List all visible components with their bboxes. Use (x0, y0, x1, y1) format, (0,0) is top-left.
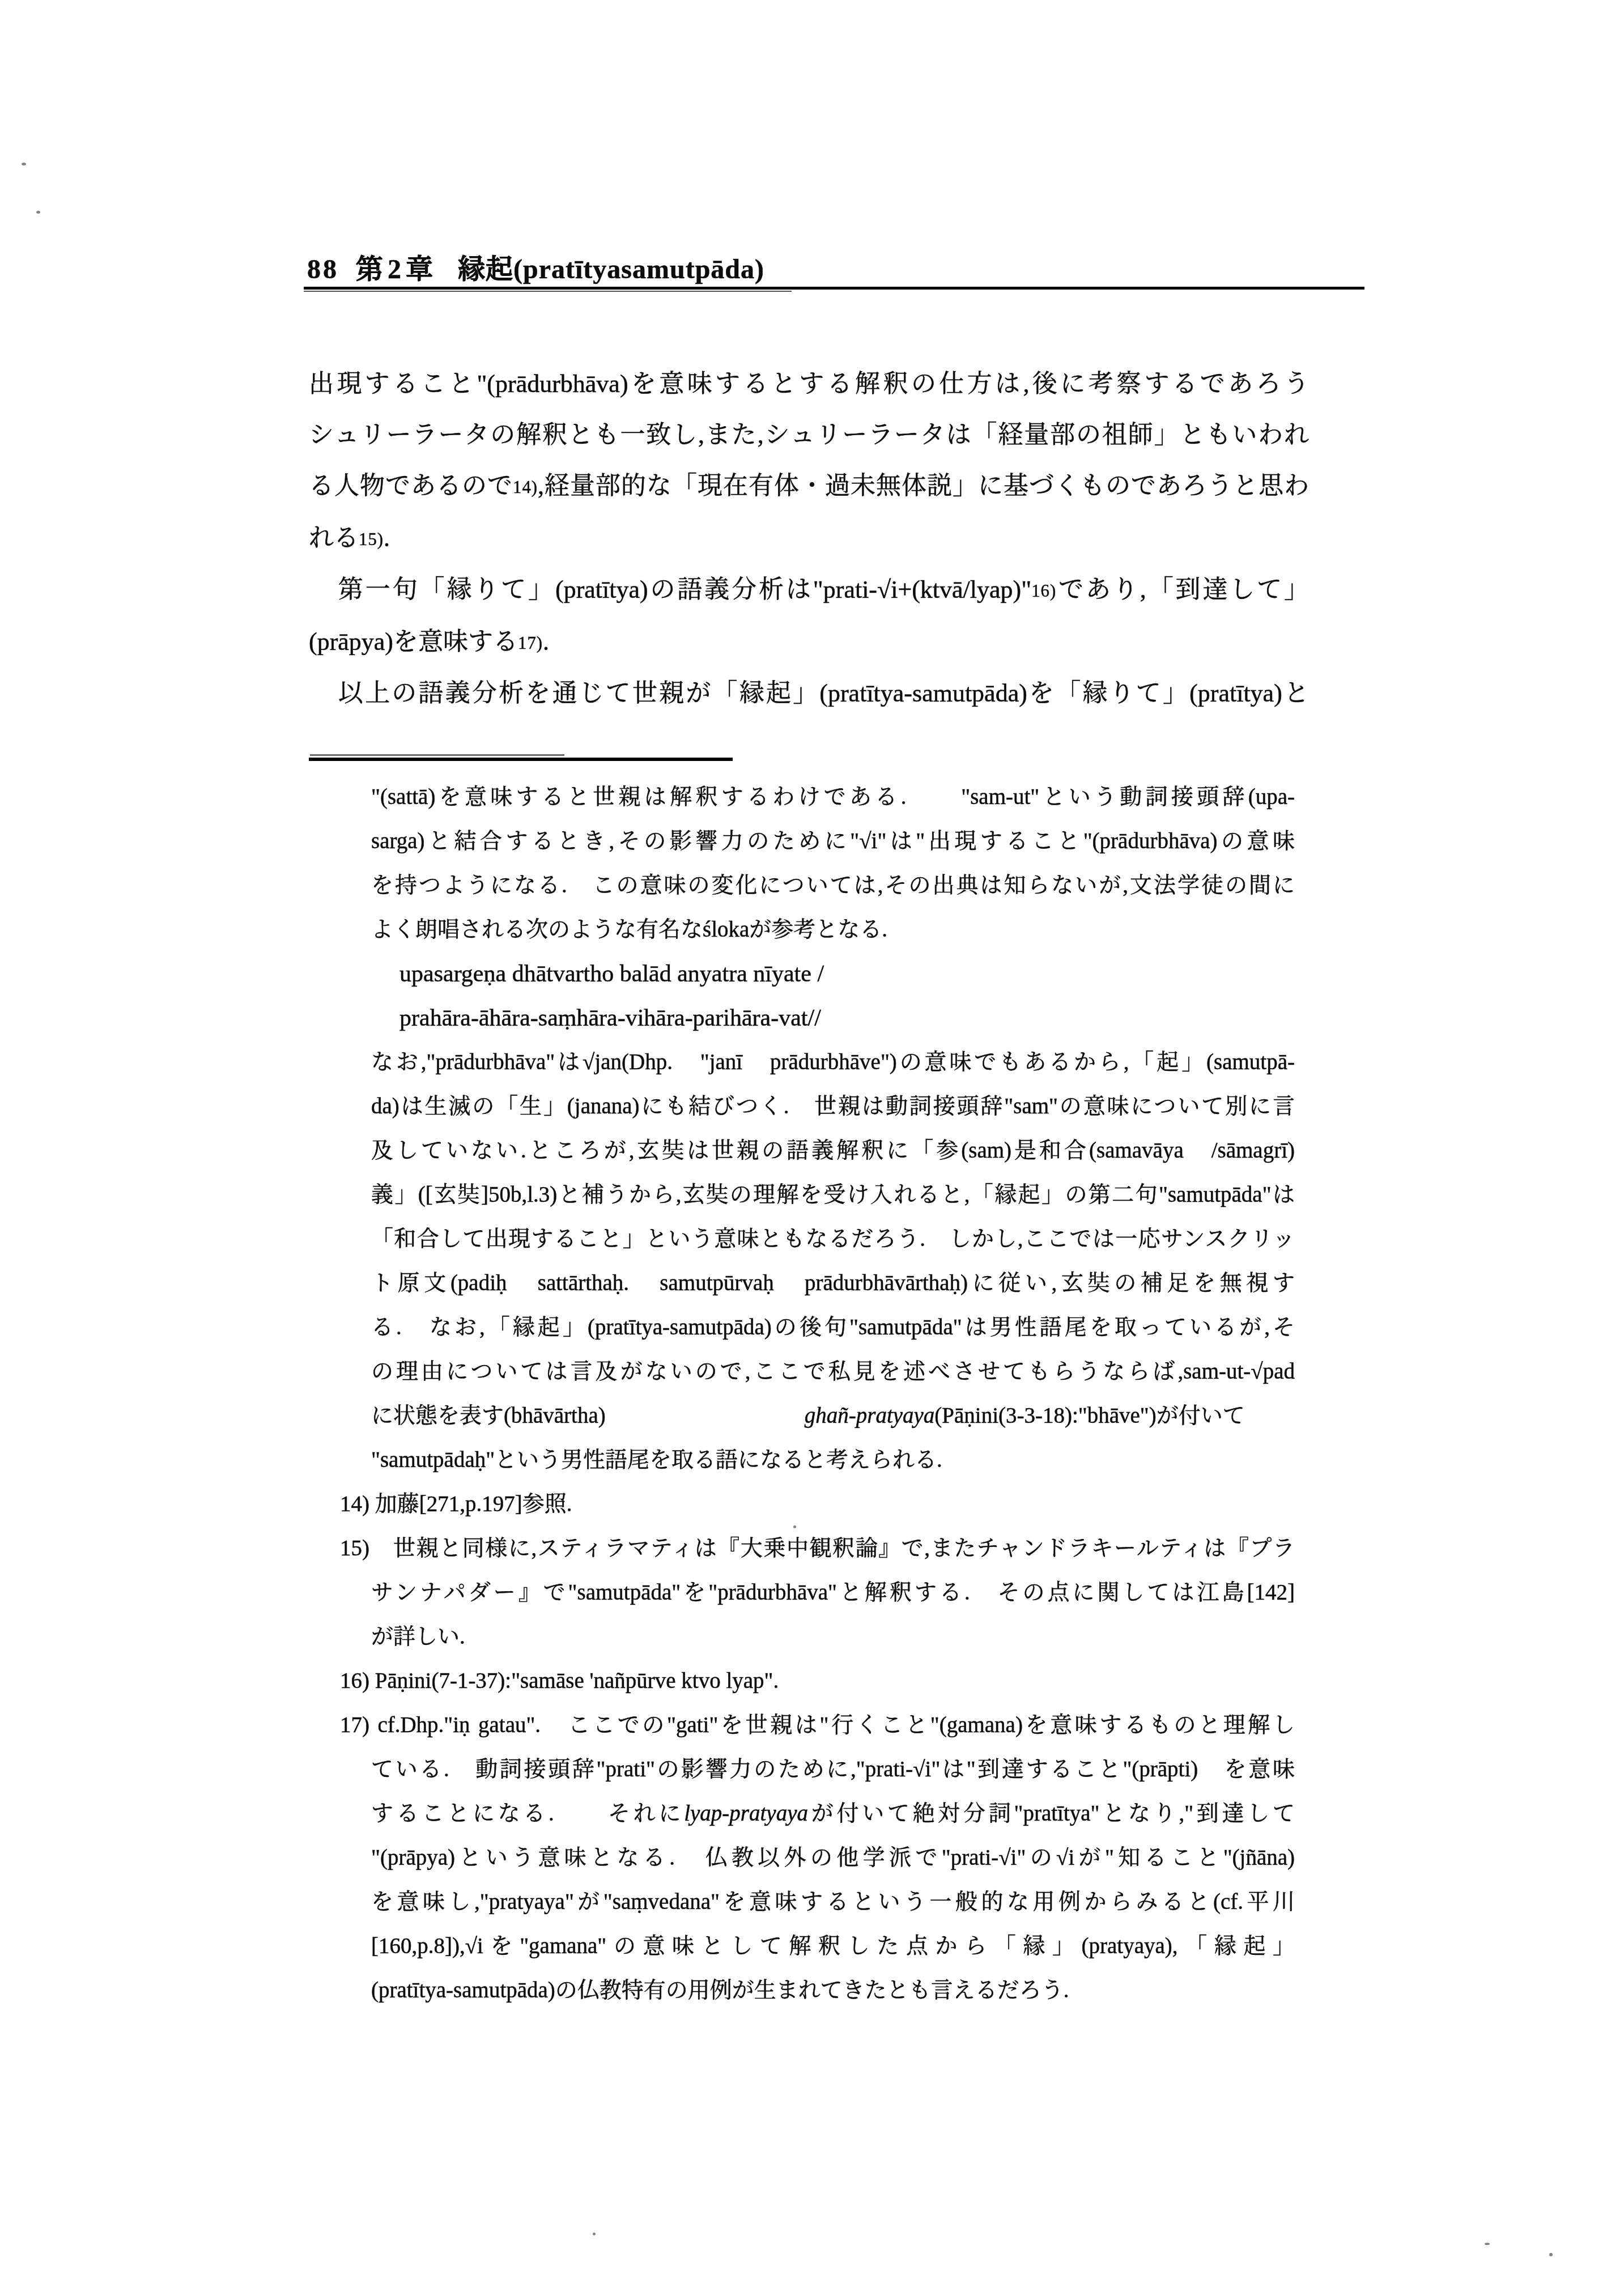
footnote-line: サンナパダー』で"samutpāda"を"prādurbhāva"と解釈する. … (371, 1571, 1295, 1615)
footnote-line: 義」([玄奘]50b,l.3)と補うから,玄奘の理解を受け入れると,「縁起」の第… (371, 1173, 1295, 1217)
footnote-line: に状態を表す(bhāvārtha) ghañ-pratyaya(Pāṇini(3… (371, 1394, 1295, 1438)
text-segment: 義」([玄奘]50b,l.3)と補うから,玄奘の理解を受け入れると,「縁起」の第… (371, 1183, 1295, 1207)
header-underline (304, 287, 1364, 290)
scan-speck (36, 211, 40, 214)
footnote-line: の理由については言及がないので,ここで私見を述べさせてもらうならば,sam-ut… (371, 1350, 1295, 1394)
footnote-line: "samutpādaḥ"という男性語尾を取る語になると考えられる. (371, 1438, 1295, 1482)
footnote-item: 15) 世親と同様に,スティラマティは『大乗中観釈論』で,またチャンドラキールテ… (340, 1527, 1295, 1571)
footnote-line: "(sattā)を意味すると世親は解釈するわけである. "sam-ut"という動… (371, 775, 1295, 819)
footnote-line: することになる. それにlyap-pratyayaが付いて絶対分詞"pratīt… (371, 1792, 1295, 1836)
text-segment: 17) cf.Dhp."iṇ gatau". ここでの"gati"を世親は"行く… (340, 1713, 1295, 1737)
footnote-line: よく朗唱される次のような有名なślokaが参考となる. (371, 908, 1295, 952)
text-segment: 16) Pāṇini(7-1-37):"samāse 'nañpūrve ktv… (340, 1669, 779, 1693)
body-line: シュリーラータの解釈とも一致し,また,シュリーラータは「経量部の祖師」ともいわれ (309, 410, 1309, 461)
text-segment: (pratītya-samutpāda)の仏教特有の用例が生まれてきたとも言える… (371, 1978, 1069, 2002)
footnote-ref: 17) (518, 633, 543, 652)
footnote-line: da)は生滅の「生」(janana)にも結びつく. 世親は動詞接頭辞"sam"の… (371, 1085, 1295, 1129)
text-segment: よく朗唱される次のような有名なślokaが参考となる. (371, 917, 887, 942)
scan-speck (793, 1525, 796, 1528)
text-segment: (Pāṇini(3-3-18):"bhāve")が付いて (934, 1404, 1244, 1428)
footnote-line: 「和合して出現すること」という意味ともなるだろう. しかし,ここでは一応サンスク… (371, 1217, 1295, 1261)
text-segment: することになる. それに (371, 1801, 684, 1826)
text-segment: "(prāpya)という意味となる. 仏教以外の他学派で"prati-√i"の√… (371, 1846, 1295, 1870)
body-line: れる15). (309, 513, 1309, 565)
text-segment: が詳しい. (371, 1625, 465, 1649)
text-segment: "samutpādaḥ"という男性語尾を取る語になると考えられる. (371, 1448, 942, 1472)
text-segment: upasargeṇa dhātvartho balād anyatra nīya… (399, 961, 824, 987)
text-segment: の理由については言及がないので,ここで私見を述べさせてもらうならば,sam-ut… (371, 1359, 1295, 1384)
scanned-book-page: 88第2章縁起(pratītyasamutpāda) 出現すること"(prādu… (0, 0, 1624, 2296)
body-text: 出現すること"(prādurbhāva)を意味するとする解釈の仕方は,後に考察す… (309, 359, 1309, 719)
footnote-line: [160,p.8]),√iを"gamana"の意味として解釈した点から「縁」(p… (371, 1924, 1295, 1968)
text-segment: (prāpya)を意味する (309, 628, 518, 656)
chapter-label: 第2章 (356, 254, 437, 284)
footnote-line: (pratītya-samutpāda)の仏教特有の用例が生まれてきたとも言える… (371, 1968, 1295, 2013)
footnote-line: sarga)と結合するとき,その影響力のために"√i"は"出現すること"(prā… (371, 819, 1295, 864)
text-segment: が付いて絶対分詞"pratītya"となり,"到達して (808, 1801, 1295, 1826)
footnote-ref: 15) (359, 529, 384, 549)
text-segment: 「和合して出現すること」という意味ともなるだろう. しかし,ここでは一応サンスク… (371, 1227, 1295, 1251)
text-segment: . (384, 524, 390, 552)
text-segment: 出現すること"(prādurbhāva)を意味するとする解釈の仕方は,後に考察す… (309, 370, 1309, 398)
footnote-line: ている. 動詞接頭辞"prati"の影響力のために,"prati-√i"は"到達… (371, 1747, 1295, 1792)
text-segment: . (543, 628, 549, 656)
text-segment: ト原文(padiḥ sattārthaḥ. samutpūrvaḥ prādur… (371, 1271, 1295, 1295)
sanskrit-verse-line: upasargeṇa dhātvartho balād anyatra nīya… (371, 952, 1295, 996)
text-segment: "(sattā)を意味すると世親は解釈するわけである. "sam-ut"という動… (371, 785, 1295, 809)
text-segment: を意味し,"pratyaya"が"saṃvedana"を意味するという一般的な用… (371, 1890, 1295, 1914)
scan-speck (1485, 2243, 1490, 2245)
scan-speck (593, 2233, 596, 2235)
text-segment: 以上の語義分析を通じて世親が「縁起」(pratītya-samutpāda)を「… (338, 679, 1309, 707)
text-segment: sarga)と結合するとき,その影響力のために"√i"は"出現すること"(prā… (371, 829, 1295, 853)
sanskrit-verse-line: prahāra-āhāra-saṃhāra-vihāra-parihāra-va… (371, 996, 1295, 1040)
text-segment: を持つようになる. この意味の変化については,その出典は知らないが,文法学徒の間… (371, 873, 1295, 898)
footnote-item: 16) Pāṇini(7-1-37):"samāse 'nañpūrve ktv… (340, 1659, 1295, 1703)
text-segment: 14) 加藤[271,p.197]参照. (340, 1492, 572, 1516)
body-line: 第一句「縁りて」(pratītya)の語義分析は"prati-√i+(ktvā/… (309, 564, 1309, 616)
footnote-line: を持つようになる. この意味の変化については,その出典は知らないが,文法学徒の間… (371, 864, 1295, 908)
footnote-line: を意味し,"pratyaya"が"saṃvedana"を意味するという一般的な用… (371, 1880, 1295, 1924)
body-line: 出現すること"(prādurbhāva)を意味するとする解釈の仕方は,後に考察す… (309, 359, 1309, 410)
text-segment: に状態を表す(bhāvārtha) (371, 1404, 805, 1428)
footnote-item: 14) 加藤[271,p.197]参照. (340, 1482, 1295, 1527)
text-segment: なお,"prādurbhāva"は√jan(Dhp. "janī prādurb… (371, 1050, 1295, 1074)
footnote-line: が詳しい. (371, 1615, 1295, 1659)
footnote-item: 17) cf.Dhp."iṇ gatau". ここでの"gati"を世親は"行く… (340, 1703, 1295, 1747)
text-segment: ,経量部的な「現在有体・過未無体説」に基づくものであろうと思わ (538, 472, 1309, 500)
text-segment: da)は生滅の「生」(janana)にも結びつく. 世親は動詞接頭辞"sam"の… (371, 1094, 1295, 1119)
footnote-line: ト原文(padiḥ sattārthaḥ. samutpūrvaḥ prādur… (371, 1261, 1295, 1306)
text-segment: ている. 動詞接頭辞"prati"の影響力のために,"prati-√i"は"到達… (371, 1757, 1295, 1781)
page-header: 88第2章縁起(pratītyasamutpāda) (307, 247, 1310, 286)
text-segment: であり,「到達して」 (1056, 576, 1309, 603)
text-segment: 及していない.ところが,玄奘は世親の語義解釈に「参(sam)是和合(samavā… (371, 1138, 1295, 1163)
footnote-ref: 16) (1031, 581, 1056, 601)
footnote-separator (309, 758, 733, 761)
scan-speck (22, 163, 26, 165)
text-segment: シュリーラータの解釈とも一致し,また,シュリーラータは「経量部の祖師」ともいわれ (309, 421, 1309, 449)
text-segment: prahāra-āhāra-saṃhāra-vihāra-parihāra-va… (399, 1005, 821, 1031)
text-segment: 第一句「縁りて」(pratītya)の語義分析は"prati-√i+(ktvā/… (338, 576, 1031, 603)
text-segment: る. なお,「縁起」(pratītya-samutpāda)の後句"samutp… (371, 1315, 1295, 1340)
text-segment: れる (309, 524, 359, 552)
body-line: (prāpya)を意味する17). (309, 616, 1309, 669)
text-segment: 15) 世親と同様に,スティラマティは『大乗中観釈論』で,またチャンドラキールテ… (340, 1536, 1295, 1561)
footnote-line: なお,"prādurbhāva"は√jan(Dhp. "janī prādurb… (371, 1040, 1295, 1085)
body-line: 以上の語義分析を通じて世親が「縁起」(pratītya-samutpāda)を「… (309, 668, 1309, 719)
footnote-line: る. なお,「縁起」(pratītya-samutpāda)の後句"samutp… (371, 1306, 1295, 1350)
body-line: る人物であるので14),経量部的な「現在有体・過未無体説」に基づくものであろうと… (309, 461, 1309, 513)
chapter-title: 縁起(pratītyasamutpāda) (458, 254, 764, 284)
italic-term: lyap-pratyaya (684, 1801, 808, 1826)
italic-term: ghañ-pratyaya (805, 1404, 935, 1428)
page-number: 88 (307, 254, 339, 284)
scan-speck (1549, 2253, 1553, 2256)
footnote-ref: 14) (513, 478, 538, 497)
footnotes: "(sattā)を意味すると世親は解釈するわけである. "sam-ut"という動… (371, 775, 1295, 2013)
footnote-line: 及していない.ところが,玄奘は世親の語義解釈に「参(sam)是和合(samavā… (371, 1129, 1295, 1173)
footnote-line: "(prāpya)という意味となる. 仏教以外の他学派で"prati-√i"の√… (371, 1836, 1295, 1880)
text-segment: る人物であるので (309, 472, 513, 500)
text-segment: [160,p.8]),√iを"gamana"の意味として解釈した点から「縁」(p… (371, 1934, 1295, 1958)
text-segment: サンナパダー』で"samutpāda"を"prādurbhāva"と解釈する. … (371, 1580, 1295, 1605)
